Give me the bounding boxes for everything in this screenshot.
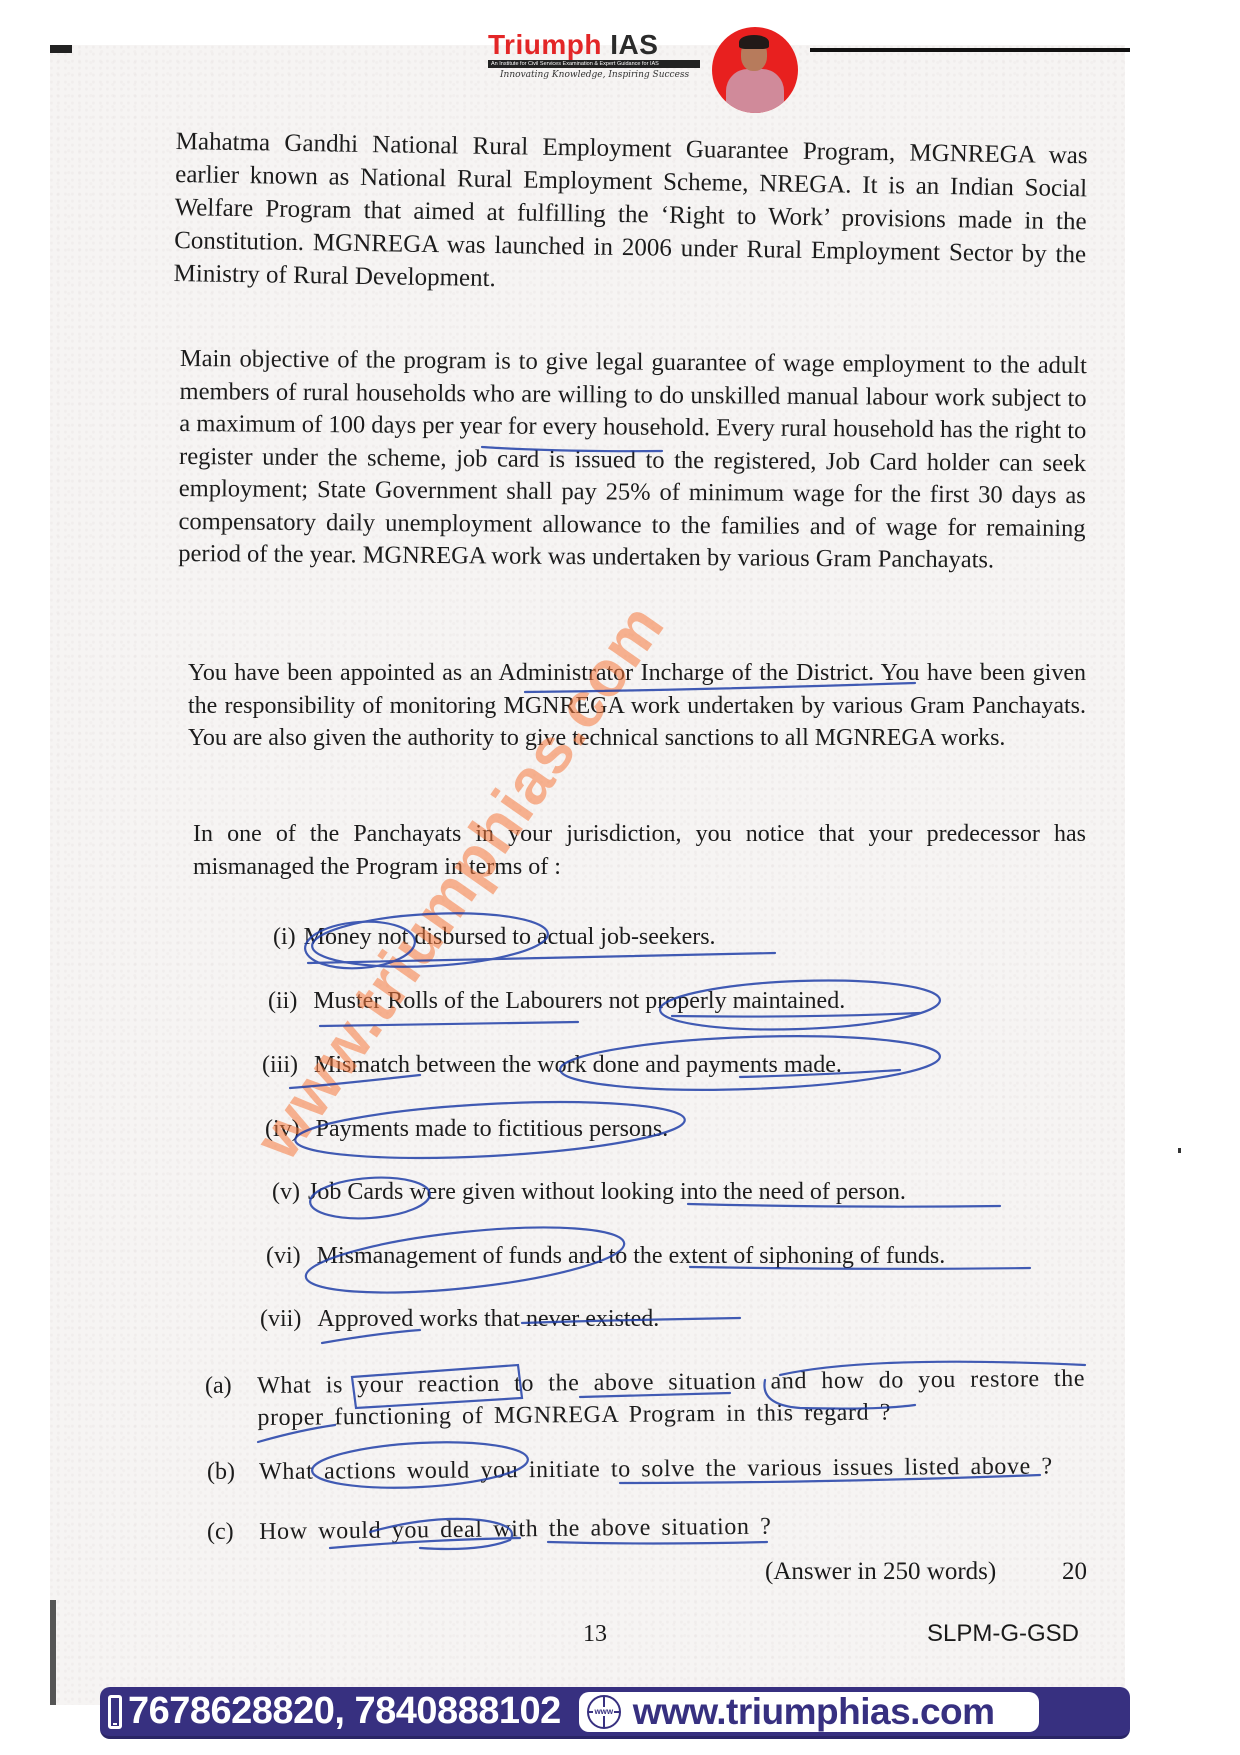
- question-text: What is your reaction to the above situa…: [257, 1363, 1086, 1434]
- paragraph-objective: Main objective of the program is to give…: [178, 343, 1087, 578]
- issue-number: (ii): [268, 986, 297, 1016]
- triumph-ias-logo: Triumph IAS An Institute for Civil Servi…: [488, 30, 718, 100]
- issue-text: Approved works that never existed.: [317, 1306, 659, 1332]
- answer-word-limit: (Answer in 250 words): [765, 1557, 996, 1587]
- issue-item: (v)Job Cards were given without looking …: [272, 1177, 906, 1207]
- avatar-hair: [739, 35, 769, 49]
- issue-text: Muster Rolls of the Labourers not proper…: [313, 988, 845, 1014]
- issue-text: Payments made to fictitious persons.: [316, 1116, 669, 1142]
- question-label: (a): [205, 1370, 232, 1402]
- logo-title: Triumph IAS: [488, 30, 718, 60]
- paragraph-appointment: You have been appointed as an Administra…: [188, 657, 1086, 755]
- logo-suffix: IAS: [602, 29, 658, 60]
- logo-tagline: An Institute for Civil Services Examinat…: [488, 60, 700, 68]
- question-label: (c): [207, 1516, 234, 1548]
- question-marks: 20: [1062, 1557, 1087, 1587]
- question-text: What actions would you initiate to solve…: [259, 1450, 1053, 1488]
- person-photo-icon: [712, 27, 798, 113]
- issue-number: (i): [273, 922, 296, 952]
- page-corner-mark: [50, 45, 72, 53]
- question-a: (a) What is your reaction to the above s…: [205, 1370, 1085, 1436]
- question-text: How would you deal with the above situat…: [259, 1511, 772, 1548]
- logo-brand: Triumph: [488, 29, 602, 60]
- issue-text: Mismanagement of funds and to the extent…: [317, 1243, 946, 1269]
- issue-item: (vi)Mismanagement of funds and to the ex…: [266, 1241, 945, 1271]
- issue-number: (iii): [262, 1050, 298, 1080]
- issue-number: (v): [272, 1177, 300, 1207]
- question-b: (b) What actions would you initiate to s…: [207, 1456, 1087, 1490]
- issue-item: (ii)Muster Rolls of the Labourers not pr…: [268, 986, 845, 1016]
- mobile-phone-icon: [108, 1695, 122, 1729]
- header-rule: [810, 48, 1130, 52]
- globe-label: www: [593, 1707, 614, 1716]
- issue-number: (vii): [260, 1304, 301, 1334]
- issue-item: (iii)Mismatch between the work done and …: [262, 1050, 842, 1080]
- contact-banner: 7678628820, 7840888102 www www.triumphia…: [100, 1687, 1130, 1739]
- website-pill[interactable]: www www.triumphias.com: [579, 1692, 1039, 1732]
- paper-code: SLPM-G-GSD: [927, 1620, 1079, 1648]
- logo-motto: Innovating Knowledge, Inspiring Success: [500, 70, 718, 80]
- paragraph-situation: In one of the Panchayats in your jurisdi…: [193, 818, 1086, 884]
- website-link[interactable]: www.triumphias.com: [633, 1691, 995, 1733]
- page-edge-shadow: [50, 1600, 56, 1705]
- avatar-body: [726, 69, 784, 113]
- issue-item: (i)Money not disbursed to actual job-see…: [273, 922, 716, 952]
- paragraph-intro: Mahatma Gandhi National Rural Employment…: [173, 125, 1087, 304]
- issue-number: (vi): [266, 1241, 301, 1271]
- issue-text: Job Cards were given without looking int…: [308, 1179, 906, 1205]
- issue-number: (iv): [265, 1114, 300, 1144]
- question-c: (c) How would you deal with the above si…: [207, 1516, 1087, 1550]
- page-number: 13: [583, 1620, 607, 1648]
- issue-text: Mismatch between the work done and payme…: [314, 1052, 842, 1078]
- issue-item: (vii)Approved works that never existed.: [260, 1304, 659, 1334]
- issue-text: Money not disbursed to actual job-seeker…: [304, 924, 716, 950]
- question-label: (b): [207, 1456, 235, 1488]
- contact-phone-numbers[interactable]: 7678628820, 7840888102: [128, 1690, 561, 1733]
- scan-speck: [1178, 1148, 1181, 1153]
- issue-item: (iv)Payments made to fictitious persons.: [265, 1114, 668, 1144]
- globe-icon: www: [587, 1695, 621, 1729]
